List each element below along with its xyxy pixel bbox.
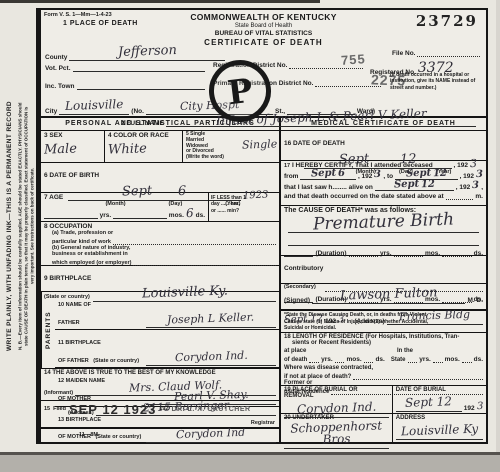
state-label: State: [391, 357, 406, 363]
cause-footnote: *State the Disease Causing Death, or, in…: [281, 311, 486, 333]
lastsaw-day: 12: [421, 180, 435, 190]
age-note-line3: or ...... min?: [211, 208, 277, 215]
birthplace-row: 9 BIRTHPLACE (State or country) Louisvil…: [41, 266, 279, 292]
occupation-b3-row: which employed (or employer): [52, 257, 276, 266]
age-line: yrs. mos. 6 ds.: [44, 207, 205, 219]
cause-extra-line-row: [288, 236, 479, 246]
full-name-label: 2 FULL NAME: [121, 120, 164, 127]
p-stamp-letter: P: [225, 70, 254, 112]
from-day: 6: [338, 169, 345, 179]
form-header: Form V. S. 1—Mm—1-4-23 1 PLACE OF DEATH …: [41, 10, 486, 118]
burial-date-line-row: Sept 12 192 3: [396, 393, 483, 412]
registration-district-stamp: 755: [341, 51, 367, 68]
footnote-line3: Suicidal or Homicidal.: [284, 325, 483, 331]
inc-town-row: Inc. Town: [45, 80, 205, 90]
scan-edge-bottom: [0, 452, 500, 472]
serial-number-stamp: 23729: [416, 12, 478, 30]
sex-value: Male: [44, 142, 77, 156]
contributory-label: Contributory: [284, 265, 323, 272]
death-certificate-scan: WRITE PLAINLY, WITH UNFADING INK—THIS IS…: [0, 0, 500, 472]
undertaker-value: Schoppenhorst Bros: [284, 419, 390, 447]
undertaker-address-line-row: Louisville Ky: [396, 421, 483, 440]
informant-row: (Informant) Mrs. Claud Wolf.: [44, 377, 276, 396]
state-ds-line: [462, 354, 472, 363]
margin-instructions: WRITE PLAINLY, WITH UNFADING INK—THIS IS…: [4, 6, 34, 446]
father-name-value: Joseph L Keller.: [167, 312, 254, 326]
occupation-a2-row: particular kind of work: [52, 236, 276, 245]
bureau-subtitle: BUREAU OF VITAL STATISTICS: [161, 30, 366, 38]
filed-item-number: 15: [44, 406, 50, 412]
residence-values-row: of death yrs. mos. ds. State yrs. mos. d…: [284, 354, 483, 363]
burial-date-line: Sept 12: [396, 393, 462, 412]
signed-value: Lawson Fulton: [340, 287, 438, 303]
birthplace-line: 9 BIRTHPLACE (State or country) Louisvil…: [44, 267, 276, 302]
registrar-name-stamp: DR. L. X. CRUTCHER: [172, 406, 251, 413]
certify-line2: from Sept 6 , 192 3 , to Sept 12 , 192 3: [284, 169, 483, 180]
sex-cell: 3 SEX Male: [41, 131, 105, 162]
burial-place-cell: 19 PLACE OF BURIAL OR REMOVAL Corydon In…: [281, 386, 393, 413]
filed-year-print: 192: [159, 406, 168, 412]
from-label: from: [284, 173, 298, 180]
res-yrs-line: [309, 354, 319, 363]
father-name-l1: 10 NAME OF: [58, 302, 91, 308]
file-no-label: File No.: [392, 50, 415, 57]
parents-rows: 10 NAME OF FATHER Joseph L Keller. 11 BI…: [55, 292, 279, 368]
race-label: 4 COLOR OR RACE: [108, 132, 179, 139]
sex-race-marital-row: 3 SEX Male 4 COLOR OR RACE White 5 Singl…: [41, 131, 279, 163]
form-columns: PERSONAL AND STATISTICAL PARTICULARS 3 S…: [41, 118, 486, 442]
vot-pct-line: [73, 62, 205, 72]
parents-vertical-label: PARENTS: [41, 292, 55, 368]
date-of-birth-row: 6 DATE OF BIRTH Sept 6 1923 (Month) (Day…: [41, 163, 279, 193]
inc-town-line: [77, 80, 206, 90]
city-label: City: [45, 108, 57, 115]
file-no-line: [417, 48, 480, 57]
lastsaw-year-script: 3: [472, 181, 479, 191]
cause-line: Premature Birth: [288, 214, 479, 233]
file-no-row: File No.: [392, 48, 480, 57]
sex-label: 3 SEX: [44, 132, 101, 139]
burial-date-cell: DATE OF BURIAL Sept 12 192 3: [393, 386, 486, 413]
undertaker-cell: 20 UNDERTAKER Schoppenhorst Bros: [281, 414, 393, 442]
burial-row: 19 PLACE OF BURIAL OR REMOVAL Corydon In…: [281, 386, 486, 414]
from-year-print: , 192: [358, 173, 372, 180]
burial-date-script: Sept 12: [405, 395, 452, 409]
undertaker-line: Schoppenhorst Bros: [284, 421, 389, 449]
mother-bp-value: Corydon Ind: [176, 426, 246, 439]
scan-edge-top: [0, 0, 320, 3]
city-value: Louisville: [65, 98, 124, 112]
age-main-cell: 7 AGE yrs. mos. 6 ds.: [41, 193, 208, 221]
cause-entry-row: Premature Birth: [288, 214, 479, 233]
age-ds-value: 6: [186, 207, 194, 219]
race-value: White: [108, 142, 147, 156]
county-label: County: [45, 54, 67, 61]
father-name-line: Joseph L Keller.: [146, 309, 276, 328]
res-ds-line: [364, 354, 374, 363]
burial-year-print: 192: [464, 405, 475, 412]
signed-label: (Signed): [284, 297, 310, 304]
father-bp-line: Corydon Ind.: [146, 347, 276, 366]
birthplace-entry-line: Louisville Ky.: [93, 283, 276, 302]
res-ds-label: ds.: [375, 356, 384, 363]
certify-block: 17 I HEREBY CERTIFY, That I attended dec…: [281, 161, 486, 206]
informant-block: 14 THE ABOVE IS TRUE TO THE BEST OF MY K…: [41, 369, 279, 401]
from-line: Sept 6: [300, 169, 355, 180]
lastsaw-month: Sept: [394, 180, 420, 191]
inc-town-label: Inc. Town: [45, 83, 75, 90]
city-line: Louisville: [59, 96, 129, 115]
date-of-death-row: 16 DATE OF DEATH Sept 12 , 192 3 (Month)…: [281, 131, 486, 161]
undertaker-address-value: Louisville Ky: [401, 423, 478, 438]
full-name-line: Infant of Joseph L & Pearl V Keller: [166, 108, 476, 127]
commonwealth-title: COMMONWEALTH OF KENTUCKY: [161, 12, 366, 23]
filed-line: 15 Filed SEP 12 1923 192 DR. L. X. CRUTC…: [44, 402, 276, 417]
occupation-b-line: [133, 257, 276, 266]
county-row: County Jefferson: [45, 42, 225, 61]
state-yrs-label: yrs.: [419, 356, 431, 363]
age-mos-label: mos.: [169, 212, 184, 219]
scan-edge-right: [496, 0, 500, 452]
father-name-l2: FATHER: [58, 320, 80, 326]
father-bp-label-block: 11 BIRTHPLACE OF FATHER (State or countr…: [58, 331, 144, 366]
certificate-form: Form V. S. 1—Mm—1-4-23 1 PLACE OF DEATH …: [36, 8, 488, 444]
age-note-cell: IF LESS than 1 day ...... hrs. or ......…: [208, 193, 279, 221]
informant-label: (Informant): [44, 390, 73, 396]
father-bp-l2: OF FATHER: [58, 358, 89, 364]
marital-line5: (Write the word): [186, 155, 276, 161]
occurred-line: [446, 191, 474, 200]
at-place-label: at place: [284, 348, 306, 354]
age-row: 7 AGE yrs. mos. 6 ds. IF LESS than 1 day…: [41, 193, 279, 222]
occupation-label: 8 OCCUPATION: [44, 223, 276, 230]
father-bp-l1: 11 BIRTHPLACE: [58, 340, 101, 346]
certify-item-number: 17: [284, 163, 290, 169]
county-line: Jefferson: [69, 42, 225, 61]
occurred-label: and that death occurred on the date stat…: [284, 193, 444, 200]
undertaker-address-cell: ADDRESS Louisville Ky: [393, 414, 486, 442]
occupation-a-line: [113, 236, 276, 245]
residence-block: 18 LENGTH OF RESIDENCE (For Hospitals, I…: [281, 333, 486, 386]
filed-row: 15 Filed SEP 12 1923 192 DR. L. X. CRUTC…: [41, 401, 279, 428]
lastsaw-label: that I last saw h........ alive on: [284, 184, 373, 191]
registrar-label: Registrar: [251, 420, 275, 426]
race-cell: 4 COLOR OR RACE White: [105, 131, 183, 162]
dod-label: 16 DATE OF DEATH: [284, 140, 345, 147]
full-name-row: 2 FULL NAME Infant of Joseph L & Pearl V…: [121, 108, 476, 127]
undertaker-address-line: Louisville Ky: [396, 421, 483, 440]
burial-year-script: 3: [476, 402, 483, 412]
personal-particulars-column: PERSONAL AND STATISTICAL PARTICULARS 3 S…: [41, 118, 281, 442]
margin-note-line3: very important. See instructions on back…: [29, 6, 35, 446]
res-yrs-label: yrs.: [321, 356, 333, 363]
age-mos-line: [113, 209, 167, 219]
certify-line4: and that death occurred on the date stat…: [284, 191, 483, 200]
board-subtitle: State Board of Health: [161, 23, 366, 31]
age-label: 7 AGE: [44, 194, 205, 201]
truth-label: 14 THE ABOVE IS TRUE TO THE BEST OF MY K…: [44, 370, 276, 376]
vot-pct-row: Vot. Pct.: [45, 62, 205, 72]
lastsaw-line: Sept 12: [375, 180, 454, 191]
signed-row: (Signed) Lawson Fulton M. D.: [284, 285, 483, 304]
medical-certificate-column: MEDICAL CERTIFICATE OF DEATH 16 DATE OF …: [281, 118, 486, 442]
undertaker-line-row: Schoppenhorst Bros: [284, 421, 389, 449]
vot-pct-label: Vot. Pct.: [45, 65, 71, 72]
signature-block: (Signed) Lawson Fulton M. D. Sept 12 192…: [281, 284, 486, 311]
to-label: , to: [383, 173, 393, 180]
res-mos-line: [335, 354, 345, 363]
margin-bold-line: WRITE PLAINLY, WITH UNFADING INK—THIS IS…: [4, 6, 15, 446]
lastsaw-comma: ,: [481, 184, 483, 191]
age-yrs-line: [44, 209, 98, 219]
dob-label: 6 DATE OF BIRTH: [44, 172, 99, 179]
contracted-line: [353, 371, 483, 380]
residence-label2: sients or Recent Residents): [292, 340, 483, 346]
county-value: Jefferson: [118, 44, 177, 59]
age-ds-label: ds.: [196, 212, 205, 219]
hospital-note: (If death occurred in a hospital or inst…: [390, 72, 484, 91]
signed-line: Lawson Fulton: [312, 285, 465, 304]
from-month: Sept: [311, 169, 337, 180]
form-number: Form V. S. 1—Mm—1-4-23: [44, 12, 112, 18]
birthplace-value: Louisville Ky.: [141, 285, 227, 301]
filed-label: Filed: [53, 406, 66, 412]
burial-place-label: 19 PLACE OF BURIAL OR REMOVAL: [284, 387, 389, 399]
state-ds-label: ds.: [474, 356, 483, 363]
of-death-label: of death: [284, 357, 307, 363]
place-of-death-label: 1 PLACE OF DEATH: [63, 20, 138, 27]
cause-of-death-block: The CAUSE OF DEATH* was as follows: Prem…: [281, 206, 486, 256]
age-yrs-label: yrs.: [100, 212, 112, 219]
father-bp-value: Corydon Ind.: [174, 350, 247, 364]
marital-value: Single: [242, 138, 278, 150]
father-bp-sub: (State or country): [93, 358, 139, 364]
occurred-m-label: m.: [475, 193, 483, 200]
state-mos-label: mos.: [445, 356, 460, 363]
certify-line3: that I last saw h........ alive on Sept …: [284, 180, 483, 191]
undertaker-row: 20 UNDERTAKER Schoppenhorst Bros ADDRESS…: [281, 414, 486, 442]
md-label: M. D.: [467, 297, 483, 304]
cause-value: Premature Birth: [313, 212, 455, 234]
father-birthplace-row: 11 BIRTHPLACE OF FATHER (State or countr…: [55, 330, 279, 368]
birthplace-label: 9 BIRTHPLACE: [44, 275, 91, 282]
contributory-block: Contributory (Secondary) (Duration) yrs.…: [281, 256, 486, 284]
filed-date-stamp: SEP 12 1923: [69, 402, 156, 417]
state-yrs-line: [408, 354, 418, 363]
lastsaw-year-print: , 192: [456, 184, 470, 191]
informant-value: Mrs. Claud Wolf.: [129, 379, 222, 393]
parents-block: PARENTS 10 NAME OF FATHER Joseph L Kelle…: [41, 292, 279, 369]
state-mos-line: [433, 354, 443, 363]
from-year-script: 3: [374, 170, 381, 180]
marital-cell: 5 Single Married Widowed or Divorced (Wr…: [183, 131, 279, 162]
res-mos-label: mos.: [346, 356, 361, 363]
occupation-row: 8 OCCUPATION (a) Trade, profession or pa…: [41, 222, 279, 266]
informant-line: Mrs. Claud Wolf.: [75, 377, 276, 396]
to-day: 12: [433, 169, 447, 179]
contracted-row: if not at place of death?: [284, 371, 483, 380]
cause-extra-line: [288, 236, 479, 246]
